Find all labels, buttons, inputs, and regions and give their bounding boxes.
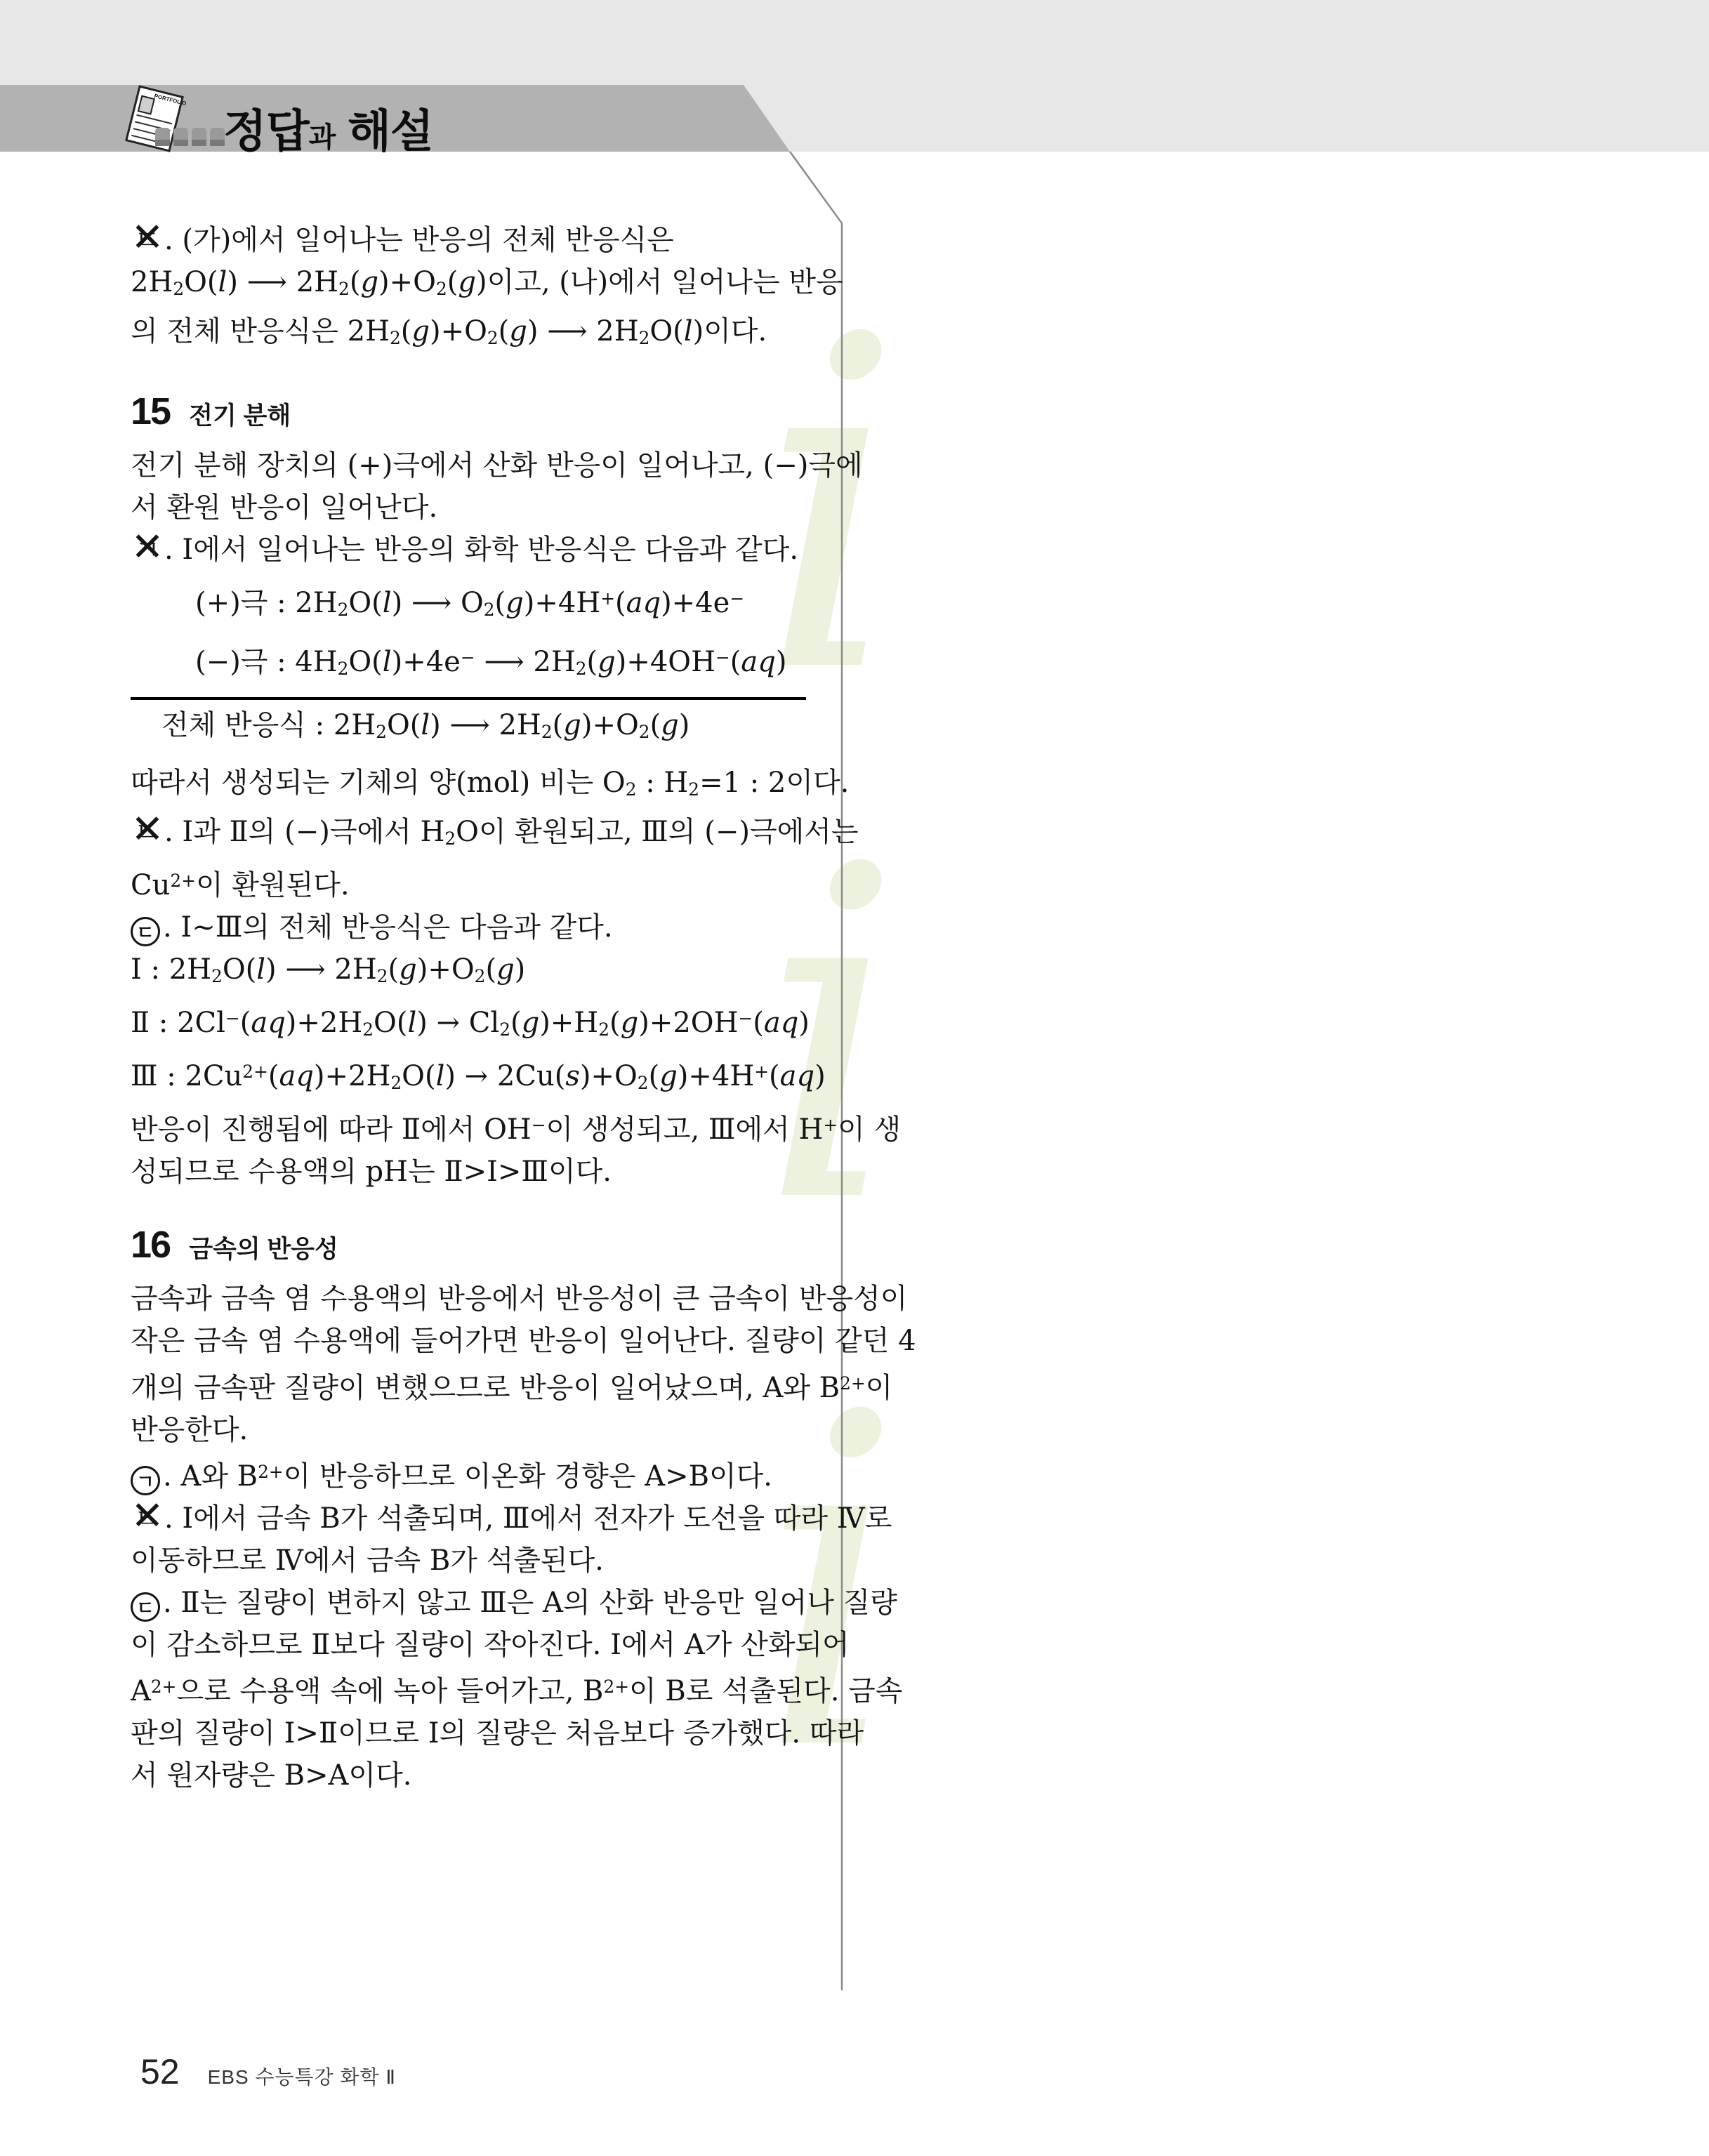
page-footer: 52 EBS 수능특강 화학 Ⅱ <box>140 2051 396 2092</box>
text-line: 개의 금속판 질량이 변했으므로 반응이 일어났으며, A와 B2+이 <box>131 1362 806 1408</box>
electrode-equations: (+)극 : 2H2O(l) ⟶ O2(g)+4H+(aq)+4e−(−)극 :… <box>131 575 806 693</box>
text-line: 반응이 진행됨에 따라 Ⅱ에서 OH−이 생성되고, Ⅲ에서 H+이 생 <box>131 1104 806 1151</box>
text-line: ㄱ. A와 B2+이 반응하므로 이온화 경향은 A>B이다. <box>131 1451 806 1497</box>
line-text: Ⅰ : 2H2O(l) ⟶ 2H2(g)+O2(g) <box>131 953 525 986</box>
text-line: Cu2+이 환원된다. <box>131 860 806 906</box>
text-line: 성되므로 수용액의 pH는 Ⅱ>Ⅰ>Ⅲ이다. <box>131 1151 806 1193</box>
section16-text: 금속과 금속 염 수용액의 반응에서 반응성이 큰 금속이 반응성이작은 금속 … <box>131 1278 806 1796</box>
line-text: . Ⅰ에서 일어나는 반응의 화학 반응식은 다음과 같다. <box>164 534 798 566</box>
text-line: Ⅱ : 2Cl−(aq)+2H2O(l) → Cl2(g)+H2(g)+2OH−… <box>131 998 806 1051</box>
answer-page: i i i PORTFOLIO 정답과 해설 ㄷ. (가)에서 일어나는 반응의… <box>0 0 1709 2156</box>
line-text: . A와 B2+이 반응하므로 이온화 경향은 A>B이다. <box>163 1460 772 1493</box>
line-text: 작은 금속 염 수용액에 들어가면 반응이 일어난다. 질량이 같던 4 <box>131 1325 916 1357</box>
text-line: ㄴ. Ⅰ에서 금속 B가 석출되며, Ⅲ에서 전자가 도선을 따라 Ⅳ로 <box>131 1497 806 1540</box>
portfolio-photo-icon <box>138 95 155 115</box>
page-title-main-1: 정답 <box>223 106 309 157</box>
line-text: 2H2O(l) ⟶ 2H2(g)+O2(g)이고, (나)에서 일어나는 반응 <box>131 266 843 298</box>
stamp-icon <box>155 128 170 146</box>
text-line: 이 감소하므로 Ⅱ보다 질량이 작아진다. Ⅰ에서 A가 산화되어 <box>131 1624 806 1666</box>
answer-marker-correct: ㄷ <box>131 1592 160 1622</box>
text-line: 작은 금속 염 수용액에 들어가면 반응이 일어난다. 질량이 같던 4 <box>131 1320 806 1362</box>
line-text: 반응한다. <box>131 1414 248 1446</box>
line-text: 따라서 생성되는 기체의 양(mol) 비는 O2 : H2=1 : 2이다. <box>131 767 849 799</box>
line-text: 반응이 진행됨에 따라 Ⅱ에서 OH−이 생성되고, Ⅲ에서 H+이 생 <box>131 1113 901 1146</box>
text-line: 전체 반응식 : 2H2O(l) ⟶ 2H2(g)+O2(g) <box>131 703 806 755</box>
page-title-main-2: 해설 <box>336 106 433 157</box>
text-line: ㄷ. (가)에서 일어나는 반응의 전체 반응식은 <box>131 219 806 261</box>
line-text: 개의 금속판 질량이 변했으므로 반응이 일어났으며, A와 B2+이 <box>131 1372 892 1404</box>
line-text: Cu2+이 환원된다. <box>131 869 350 901</box>
answer-marker-wrong: ㄴ <box>131 1497 164 1540</box>
section15-text-2: 따라서 생성되는 기체의 양(mol) 비는 O2 : H2=1 : 2이다.ㄴ… <box>131 762 806 1193</box>
line-text: Ⅱ : 2Cl−(aq)+2H2O(l) → Cl2(g)+H2(g)+2OH−… <box>131 1007 810 1039</box>
answer-marker-wrong: ㄴ <box>131 811 164 853</box>
answer-marker-correct: ㄱ <box>131 1466 160 1495</box>
line-text: . Ⅰ과 Ⅱ의 (−)극에서 H2O이 환원되고, Ⅲ의 (−)극에서는 <box>164 816 859 848</box>
answer-marker-wrong: ㄷ <box>131 219 164 261</box>
section-heading-16: 16 금속의 반응성 <box>131 1224 806 1271</box>
line-text: 판의 질량이 Ⅰ>Ⅱ이므로 Ⅰ의 질량은 처음보다 증가했다. 따라 <box>131 1717 864 1750</box>
text-line: 따라서 생성되는 기체의 양(mol) 비는 O2 : H2=1 : 2이다. <box>131 762 806 811</box>
section-heading-15: 15 전기 분해 <box>131 390 806 437</box>
text-line: A2+으로 수용액 속에 녹아 들어가고, B2+이 B로 석출된다. 금속 <box>131 1666 806 1712</box>
section-number: 16 <box>131 1224 170 1266</box>
portfolio-document-icon: PORTFOLIO <box>128 87 234 157</box>
line-text: (+)극 : 2H2O(l) ⟶ O2(g)+4H+(aq)+4e− <box>195 587 744 619</box>
section-title: 금속의 반응성 <box>189 1236 338 1263</box>
total-equation: 전체 반응식 : 2H2O(l) ⟶ 2H2(g)+O2(g) <box>131 703 806 755</box>
text-line: ㄴ. Ⅰ과 Ⅱ의 (−)극에서 H2O이 환원되고, Ⅲ의 (−)극에서는 <box>131 811 806 860</box>
portfolio-label: PORTFOLIO <box>154 93 187 107</box>
text-line: 2H2O(l) ⟶ 2H2(g)+O2(g)이고, (나)에서 일어나는 반응 <box>131 261 806 310</box>
line-text: 금속과 금속 염 수용액의 반응에서 반응성이 큰 금속이 반응성이 <box>131 1283 907 1315</box>
answer-marker-correct: ㄷ <box>131 917 160 946</box>
text-line: 반응한다. <box>131 1409 806 1451</box>
text-line: 서 환원 반응이 일어난다. <box>131 487 806 529</box>
section-number: 15 <box>131 390 170 432</box>
text-line: 의 전체 반응식은 2H2(g)+O2(g) ⟶ 2H2O(l)이다. <box>131 310 806 359</box>
line-text: 이 감소하므로 Ⅱ보다 질량이 작아진다. Ⅰ에서 A가 산화되어 <box>131 1629 850 1661</box>
text-line: 서 원자량은 B>A이다. <box>131 1754 806 1797</box>
book-title: EBS 수능특강 화학 Ⅱ <box>208 2062 396 2090</box>
line-text: 성되므로 수용액의 pH는 Ⅱ>Ⅰ>Ⅲ이다. <box>131 1156 612 1188</box>
equation-sum-rule <box>131 697 806 700</box>
line-text: . Ⅰ에서 금속 B가 석출되며, Ⅲ에서 전자가 도선을 따라 Ⅳ로 <box>164 1502 892 1535</box>
text-line: ㄱ. Ⅰ에서 일어나는 반응의 화학 반응식은 다음과 같다. <box>131 529 806 571</box>
line-text: 이동하므로 Ⅳ에서 금속 B가 석출된다. <box>131 1545 604 1577</box>
section15-text-1: 전기 분해 장치의 (+)극에서 산화 반응이 일어나고, (−)극에서 환원 … <box>131 444 806 571</box>
text-line: 금속과 금속 염 수용액의 반응에서 반응성이 큰 금속이 반응성이 <box>131 1278 806 1320</box>
line-text: 전기 분해 장치의 (+)극에서 산화 반응이 일어나고, (−)극에 <box>131 449 863 482</box>
page-number: 52 <box>140 2051 180 2092</box>
line-text: 전체 반응식 : 2H2O(l) ⟶ 2H2(g)+O2(g) <box>161 709 689 741</box>
line-text: 서 환원 반응이 일어난다. <box>131 491 437 524</box>
line-text: . Ⅰ~Ⅲ의 전체 반응식은 다음과 같다. <box>163 911 613 944</box>
line-text: 의 전체 반응식은 2H2(g)+O2(g) ⟶ 2H2O(l)이다. <box>131 315 767 348</box>
text-line: ㄷ. Ⅱ는 질량이 변하지 않고 Ⅲ은 A의 산화 반응만 일어나 질량 <box>131 1582 806 1624</box>
line-text: A2+으로 수용액 속에 녹아 들어가고, B2+이 B로 석출된다. 금속 <box>131 1675 902 1707</box>
text-line: (+)극 : 2H2O(l) ⟶ O2(g)+4H+(aq)+4e− <box>131 575 806 634</box>
text-line: 판의 질량이 Ⅰ>Ⅱ이므로 Ⅰ의 질량은 처음보다 증가했다. 따라 <box>131 1712 806 1754</box>
page-title: 정답과 해설 <box>223 95 433 160</box>
line-text: 서 원자량은 B>A이다. <box>131 1759 411 1792</box>
text-line: ㄷ. Ⅰ~Ⅲ의 전체 반응식은 다음과 같다. <box>131 906 806 948</box>
section-title: 전기 분해 <box>189 402 291 430</box>
line-text: . (가)에서 일어나는 반응의 전체 반응식은 <box>164 224 674 256</box>
stamp-icon <box>192 128 206 146</box>
content-column: ㄷ. (가)에서 일어나는 반응의 전체 반응식은2H2O(l) ⟶ 2H2(g… <box>131 219 806 1797</box>
line-text: (−)극 : 4H2O(l)+4e− ⟶ 2H2(g)+4OH−(aq) <box>195 646 786 678</box>
line-text: Ⅲ : 2Cu2+(aq)+2H2O(l) → 2Cu(s)+O2(g)+4H+… <box>131 1060 826 1092</box>
text-line: 이동하므로 Ⅳ에서 금속 B가 석출된다. <box>131 1540 806 1582</box>
text-line: 전기 분해 장치의 (+)극에서 산화 반응이 일어나고, (−)극에 <box>131 444 806 487</box>
electrolysis-equation-block: (+)극 : 2H2O(l) ⟶ O2(g)+4H+(aq)+4e−(−)극 :… <box>131 575 806 755</box>
text-line: Ⅲ : 2Cu2+(aq)+2H2O(l) → 2Cu(s)+O2(g)+4H+… <box>131 1051 806 1104</box>
page-title-particle: 과 <box>309 122 336 153</box>
stamp-icon <box>173 128 188 146</box>
stamp-row-icon <box>155 128 225 146</box>
text-line: Ⅰ : 2H2O(l) ⟶ 2H2(g)+O2(g) <box>131 948 806 998</box>
line-text: . Ⅱ는 질량이 변하지 않고 Ⅲ은 A의 산화 반응만 일어나 질량 <box>163 1587 897 1619</box>
text-line: (−)극 : 4H2O(l)+4e− ⟶ 2H2(g)+4OH−(aq) <box>131 634 806 693</box>
answer-item-intro: ㄷ. (가)에서 일어나는 반응의 전체 반응식은2H2O(l) ⟶ 2H2(g… <box>131 219 806 359</box>
stamp-icon <box>210 128 225 146</box>
answer-marker-wrong: ㄱ <box>131 529 164 571</box>
